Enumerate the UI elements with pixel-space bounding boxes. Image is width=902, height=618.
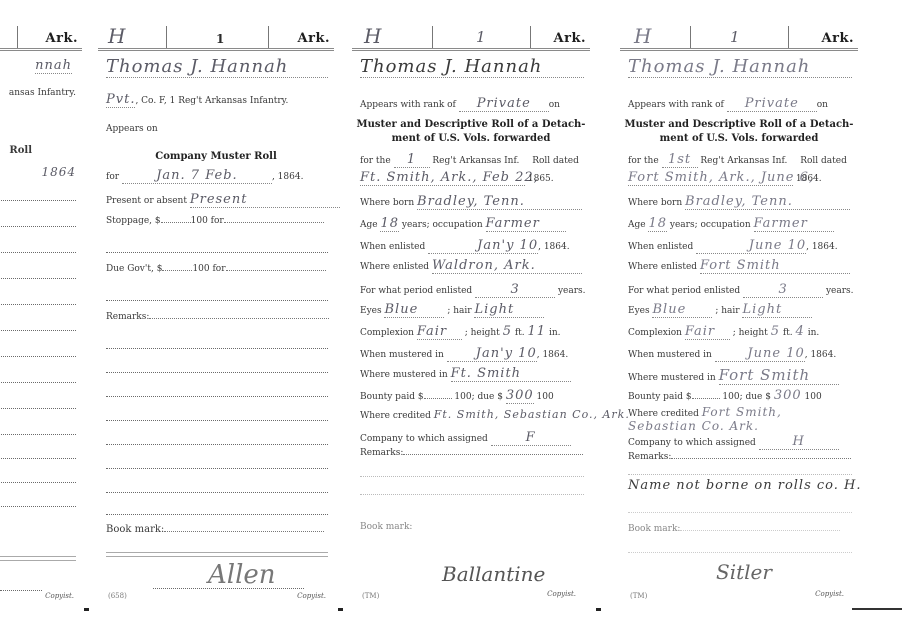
- rank-line: Appears with rank of Privateon: [360, 96, 584, 116]
- book-mark-label: Book mark:: [360, 522, 412, 532]
- blank: [403, 454, 583, 455]
- copyist-signature: Sitler: [716, 560, 772, 584]
- eyes-value: Blue: [384, 302, 444, 318]
- when-mustered-label: When mustered in: [360, 350, 444, 360]
- service-card-descriptive-roll-1864: H 1 Ark. Thomas J. Hannah Appears with r…: [620, 0, 858, 600]
- when-enlisted-year: , 1864.: [538, 242, 570, 252]
- dotted-rule: [628, 512, 852, 513]
- for-the-value: 1: [394, 152, 430, 168]
- form-code: (658): [108, 592, 127, 600]
- height-label: ; height: [733, 328, 768, 338]
- for-the-value: 1st: [662, 152, 698, 168]
- where-mustered-label: Where mustered in: [360, 370, 448, 380]
- soldier-name-line: Thomas J. Hannah: [360, 56, 584, 82]
- blank: [224, 222, 324, 223]
- roll-dated-value: Ft. Smith, Ark., Feb 22,: [360, 170, 525, 186]
- blank: [692, 398, 720, 399]
- when-mustered-line: When mustered in June 10, 1864.: [628, 346, 852, 366]
- dotted-rule: [0, 434, 76, 435]
- soldier-name-line: nnah: [0, 58, 72, 78]
- form-code: (TM): [362, 592, 379, 600]
- rank-value: Private: [459, 96, 549, 112]
- blank: [226, 270, 326, 271]
- roll-title-line-1: Muster and Descriptive Roll of a Detach-: [352, 118, 590, 132]
- copyist-label: Copyist.: [815, 590, 844, 598]
- blank: [680, 530, 840, 531]
- height-in-value: 4: [796, 324, 805, 339]
- when-mustered-value: Jan'y 10: [447, 346, 537, 362]
- period-label: For what period enlisted: [360, 286, 472, 296]
- period-value: 3: [475, 282, 555, 298]
- blank: [424, 398, 452, 399]
- where-born-value: Bradley, Tenn.: [685, 194, 850, 210]
- regiment-number: 1: [476, 28, 487, 46]
- company-assigned-value: F: [491, 430, 571, 446]
- scan-mark: [84, 608, 89, 611]
- occupation-value: Farmer: [754, 216, 834, 232]
- rank-value: Pvt.: [106, 92, 135, 108]
- dotted-rule: [0, 482, 76, 483]
- bounty-line: Bounty paid $ 100; due $ 300 100: [360, 388, 584, 408]
- book-mark-line: Book mark:: [360, 522, 584, 542]
- roll-title-fragment: Roll: [9, 145, 32, 156]
- dotted-rule: [106, 252, 328, 253]
- copyist-label: Copyist.: [547, 590, 576, 598]
- complexion-label: Complexion: [360, 328, 414, 338]
- remarks-value: Name not borne on rolls co. H.: [628, 478, 862, 493]
- age-value: 18: [380, 216, 399, 232]
- where-enlisted-line: Where enlisted Fort Smith: [628, 258, 852, 278]
- soldier-name-fragment: nnah: [35, 58, 72, 74]
- dotted-rule: [0, 356, 76, 357]
- unit-label: , Co. F, 1 Reg't Arkansas Infantry.: [135, 96, 288, 106]
- dotted-rule: [628, 552, 852, 553]
- remarks-line: Remarks:: [106, 312, 328, 332]
- rank-unit-line: Pvt., Co. F, 1 Reg't Arkansas Infantry.: [106, 92, 328, 112]
- when-enlisted-value: Jan'y 10: [428, 238, 538, 254]
- soldier-name-line: Thomas J. Hannah: [628, 56, 852, 82]
- where-credited-value: Ft. Smith, Sebastian Co., Ark.: [434, 408, 630, 421]
- company-letter: H: [634, 24, 652, 48]
- in-label: in.: [808, 328, 820, 338]
- stoppage-label: Stoppage, $: [106, 216, 161, 226]
- bounty-label: Bounty paid $: [360, 392, 424, 402]
- dotted-rule: [0, 304, 76, 305]
- regt-label: Reg't Arkansas Inf.: [432, 156, 519, 166]
- for-label: for: [106, 172, 119, 182]
- where-mustered-line: Where mustered in Ft. Smith: [360, 366, 584, 386]
- eyes-label: Eyes: [360, 306, 382, 316]
- header-divider: [690, 26, 691, 48]
- when-mustered-label: When mustered in: [628, 350, 712, 360]
- company-letter: H: [364, 24, 382, 48]
- bounty-due-cents: 100: [537, 392, 554, 402]
- regiment-number: 1: [730, 28, 741, 46]
- for-the-line: for the 1 Reg't Arkansas Inf. Roll dated: [360, 152, 584, 172]
- dotted-rule: [0, 278, 76, 279]
- date-line: 1864: [0, 165, 76, 185]
- when-enlisted-line: When enlisted June 10, 1864.: [628, 238, 852, 258]
- present-line: Present or absent Present: [106, 192, 328, 212]
- soldier-name: Thomas J. Hannah: [628, 56, 852, 78]
- state-label: Ark.: [46, 31, 78, 46]
- where-credited-label: Where credited: [628, 409, 699, 419]
- for-the-label: for the: [628, 156, 659, 166]
- age-label: Age: [628, 220, 646, 230]
- hair-label: ; hair: [715, 306, 739, 316]
- hair-label: ; hair: [447, 306, 471, 316]
- height-label: ; height: [465, 328, 500, 338]
- age-occupation-line: Age 18 years; occupation Farmer: [628, 216, 852, 236]
- height-ft-value: 5: [503, 324, 512, 339]
- blank: [164, 531, 324, 532]
- rank-value: Private: [727, 96, 817, 112]
- remarks-label: Remarks:: [628, 452, 671, 462]
- occupation-value: Farmer: [486, 216, 566, 232]
- rank-suffix: on: [817, 100, 828, 110]
- double-bar: [0, 556, 76, 561]
- book-mark-line: Book mark:: [106, 524, 328, 544]
- eyes-value: Blue: [652, 302, 712, 318]
- eyes-hair-line: Eyes Blue ; hair Light: [360, 302, 584, 322]
- height-ft-value: 5: [771, 324, 780, 339]
- header-divider: [788, 26, 789, 48]
- soldier-name-line: Thomas J. Hannah: [106, 56, 328, 82]
- scan-mark: [338, 608, 343, 611]
- where-born-line: Where born Bradley, Tenn.: [360, 194, 584, 214]
- height-in-value: 11: [528, 324, 547, 339]
- when-enlisted-line: When enlisted Jan'y 10, 1864.: [360, 238, 584, 258]
- copyist-label: Copyist.: [45, 592, 74, 600]
- occupation-label: years; occupation: [670, 220, 751, 230]
- book-mark-line: Book mark:: [628, 524, 852, 544]
- dotted-rule: [0, 200, 76, 201]
- header-divider: [530, 26, 531, 48]
- bounty-cents: 100; due $: [454, 392, 503, 402]
- roll-dated-line: Ft. Smith, Ark., Feb 22, 1865.: [360, 170, 584, 190]
- card-header: H 1 Ark.: [620, 14, 858, 51]
- form-code: (TM): [630, 592, 647, 600]
- unit-fragment: ansas Infantry.: [9, 88, 76, 98]
- period-line: For what period enlisted 3 years.: [360, 282, 584, 302]
- regt-label: Reg't Arkansas Inf.: [700, 156, 787, 166]
- signature-rule: [0, 590, 42, 591]
- where-enlisted-label: Where enlisted: [628, 262, 697, 272]
- header-divider: [268, 26, 269, 48]
- roll-title-line-2: ment of U.S. Vols. forwarded: [620, 132, 858, 146]
- where-mustered-value: Ft. Smith: [451, 366, 571, 382]
- regiment-number: 1: [216, 32, 224, 46]
- when-mustered-value: June 10: [715, 346, 805, 362]
- dotted-rule: [0, 226, 76, 227]
- dotted-rule: [628, 474, 852, 475]
- blank: [161, 222, 191, 223]
- rank-label: Appears with rank of: [360, 100, 456, 110]
- roll-title-line-1: Muster and Descriptive Roll of a Detach-: [620, 118, 858, 132]
- where-credited-label: Where credited: [360, 411, 431, 421]
- appears-on-line: Appears on: [106, 124, 328, 144]
- date-fragment: 1864: [41, 165, 76, 179]
- remarks-label: Remarks:: [360, 448, 403, 458]
- stoppage-line: Stoppage, $100 for: [106, 216, 328, 236]
- complexion-label: Complexion: [628, 328, 682, 338]
- where-credited-line: Where credited Ft. Smith, Sebastian Co.,…: [360, 408, 584, 428]
- where-enlisted-value: Waldron, Ark.: [432, 258, 582, 274]
- dotted-rule: [106, 420, 328, 421]
- remarks-label: Remarks:: [106, 312, 149, 322]
- unit-line: ansas Infantry.: [0, 88, 76, 108]
- when-enlisted-label: When enlisted: [360, 242, 425, 252]
- card-header: Ark.: [0, 14, 82, 51]
- remarks-line: Remarks:: [628, 452, 852, 472]
- dotted-rule: [0, 382, 76, 383]
- dotted-rule: [0, 252, 76, 253]
- period-label: For what period enlisted: [628, 286, 740, 296]
- blank: [162, 270, 192, 271]
- roll-dated-line: Fort Smith, Ark., June 6, 1864.: [628, 170, 852, 190]
- eyes-label: Eyes: [628, 306, 650, 316]
- complexion-value: Fair: [685, 324, 730, 340]
- for-the-line: for the 1st Reg't Arkansas Inf. Roll dat…: [628, 152, 852, 172]
- period-suffix: years.: [558, 286, 586, 296]
- book-mark-label: Book mark:: [106, 524, 164, 535]
- age-value: 18: [648, 216, 667, 232]
- card-header: H 1 Ark.: [352, 14, 590, 51]
- dotted-rule: [106, 372, 328, 373]
- stoppage-cents: 100 for: [191, 216, 224, 226]
- complexion-height-line: Complexion Fair ; height 5 ft. 11 in.: [360, 324, 584, 344]
- ft-label: ft.: [515, 328, 525, 338]
- roll-dated-year: 1864.: [796, 174, 822, 184]
- where-credited-line: Where credited Fort Smith, Sebastian Co.…: [628, 406, 852, 436]
- period-suffix: years.: [826, 286, 854, 296]
- where-born-label: Where born: [360, 198, 414, 208]
- where-born-label: Where born: [628, 198, 682, 208]
- where-mustered-line: Where mustered in Fort Smith: [628, 366, 852, 386]
- state-label: Ark.: [554, 31, 586, 46]
- present-label: Present or absent: [106, 196, 187, 206]
- soldier-name: Thomas J. Hannah: [106, 56, 328, 78]
- dotted-rule: [106, 396, 328, 397]
- when-mustered-line: When mustered in Jan'y 10, 1864.: [360, 346, 584, 366]
- bounty-label: Bounty paid $: [628, 392, 692, 402]
- where-enlisted-value: Fort Smith: [700, 258, 850, 274]
- when-enlisted-value: June 10: [696, 238, 806, 254]
- appears-on-label: Appears on: [106, 124, 158, 134]
- dotted-rule: [106, 300, 328, 301]
- dotted-rule: [360, 476, 584, 477]
- blank: [671, 458, 851, 459]
- where-born-line: Where born Bradley, Tenn.: [628, 194, 852, 214]
- scan-mark: [596, 608, 601, 611]
- card-header: H 1 Ark.: [98, 14, 334, 51]
- blank: [149, 318, 329, 319]
- for-value: Jan. 7 Feb.: [122, 168, 272, 184]
- when-mustered-year: , 1864.: [805, 350, 837, 360]
- roll-dated-label: Roll dated: [800, 156, 847, 166]
- when-enlisted-year: , 1864.: [806, 242, 838, 252]
- hair-value: Light: [474, 302, 544, 318]
- dotted-rule: [106, 348, 328, 349]
- service-card-partial: Ark. nnah ansas Infantry. Roll 1864 Copy…: [0, 0, 82, 600]
- age-occupation-line: Age 18 years; occupation Farmer: [360, 216, 584, 236]
- for-the-label: for the: [360, 156, 391, 166]
- bounty-cents: 100; due $: [722, 392, 771, 402]
- roll-title-line: Roll: [0, 145, 32, 165]
- where-born-value: Bradley, Tenn.: [417, 194, 582, 210]
- roll-dated-label: Roll dated: [532, 156, 579, 166]
- bounty-due-cents: 100: [805, 392, 822, 402]
- header-divider: [432, 26, 433, 48]
- ft-label: ft.: [783, 328, 793, 338]
- roll-title-line-2: ment of U.S. Vols. forwarded: [352, 132, 590, 146]
- header-divider: [17, 26, 18, 48]
- occupation-label: years; occupation: [402, 220, 483, 230]
- dotted-rule: [106, 514, 328, 515]
- dotted-rule: [0, 506, 76, 507]
- when-mustered-year: , 1864.: [537, 350, 569, 360]
- when-enlisted-label: When enlisted: [628, 242, 693, 252]
- copyist-signature: Ballantine: [442, 562, 545, 586]
- rank-label: Appears with rank of: [628, 100, 724, 110]
- where-enlisted-line: Where enlisted Waldron, Ark.: [360, 258, 584, 278]
- company-assigned-value: H: [759, 434, 839, 450]
- in-label: in.: [549, 328, 561, 338]
- rank-suffix: on: [549, 100, 560, 110]
- scan-edge-line: [852, 608, 902, 610]
- complexion-value: Fair: [417, 324, 462, 340]
- due-govt-label: Due Gov't, $: [106, 264, 162, 274]
- company-assigned-line: Company to which assigned H: [628, 434, 852, 454]
- company-assigned-label: Company to which assigned: [628, 438, 756, 448]
- service-card-company-muster: H 1 Ark. Thomas J. Hannah Pvt., Co. F, 1…: [98, 0, 334, 600]
- remarks-text-line: Name not borne on rolls co. H.: [628, 478, 852, 498]
- dotted-rule: [106, 492, 328, 493]
- dotted-rule: [0, 408, 76, 409]
- roll-dated-year: 1865.: [528, 174, 554, 184]
- book-mark-label: Book mark:: [628, 524, 680, 534]
- for-line: for Jan. 7 Feb., 1864.: [106, 168, 328, 188]
- double-bar: [106, 552, 328, 557]
- dotted-rule: [106, 444, 328, 445]
- roll-dated-value: Fort Smith, Ark., June 6,: [628, 170, 793, 186]
- due-govt-line: Due Gov't, $100 for: [106, 264, 328, 284]
- roll-title: Company Muster Roll: [98, 150, 334, 164]
- period-value: 3: [743, 282, 823, 298]
- for-year: , 1864.: [272, 172, 304, 182]
- remarks-line: Remarks:: [360, 448, 584, 468]
- age-label: Age: [360, 220, 378, 230]
- bounty-due-value: 300: [506, 388, 534, 404]
- dotted-rule: [0, 330, 76, 331]
- where-mustered-label: Where mustered in: [628, 373, 716, 383]
- present-value: Present: [190, 192, 340, 208]
- period-line: For what period enlisted 3 years.: [628, 282, 852, 302]
- soldier-name: Thomas J. Hannah: [360, 56, 584, 78]
- where-mustered-value: Fort Smith: [719, 366, 839, 385]
- dotted-rule: [0, 458, 76, 459]
- copyist-signature: Allen: [208, 560, 276, 590]
- signature-rule: [153, 588, 304, 589]
- state-label: Ark.: [822, 31, 854, 46]
- where-enlisted-label: Where enlisted: [360, 262, 429, 272]
- rank-line: Appears with rank of Privateon: [628, 96, 852, 116]
- bounty-due-value: 300: [774, 388, 802, 403]
- company-letter: H: [108, 24, 126, 48]
- dotted-rule: [360, 494, 584, 495]
- copyist-label: Copyist.: [297, 592, 326, 600]
- dotted-rule: [106, 468, 328, 469]
- hair-value: Light: [742, 302, 812, 318]
- state-label: Ark.: [298, 31, 330, 46]
- company-assigned-line: Company to which assigned F: [360, 430, 584, 450]
- due-govt-cents: 100 for: [192, 264, 225, 274]
- complexion-height-line: Complexion Fair ; height 5 ft. 4 in.: [628, 324, 852, 344]
- eyes-hair-line: Eyes Blue ; hair Light: [628, 302, 852, 322]
- company-assigned-label: Company to which assigned: [360, 434, 488, 444]
- service-card-descriptive-roll-1865: H 1 Ark. Thomas J. Hannah Appears with r…: [352, 0, 590, 600]
- header-divider: [166, 26, 167, 48]
